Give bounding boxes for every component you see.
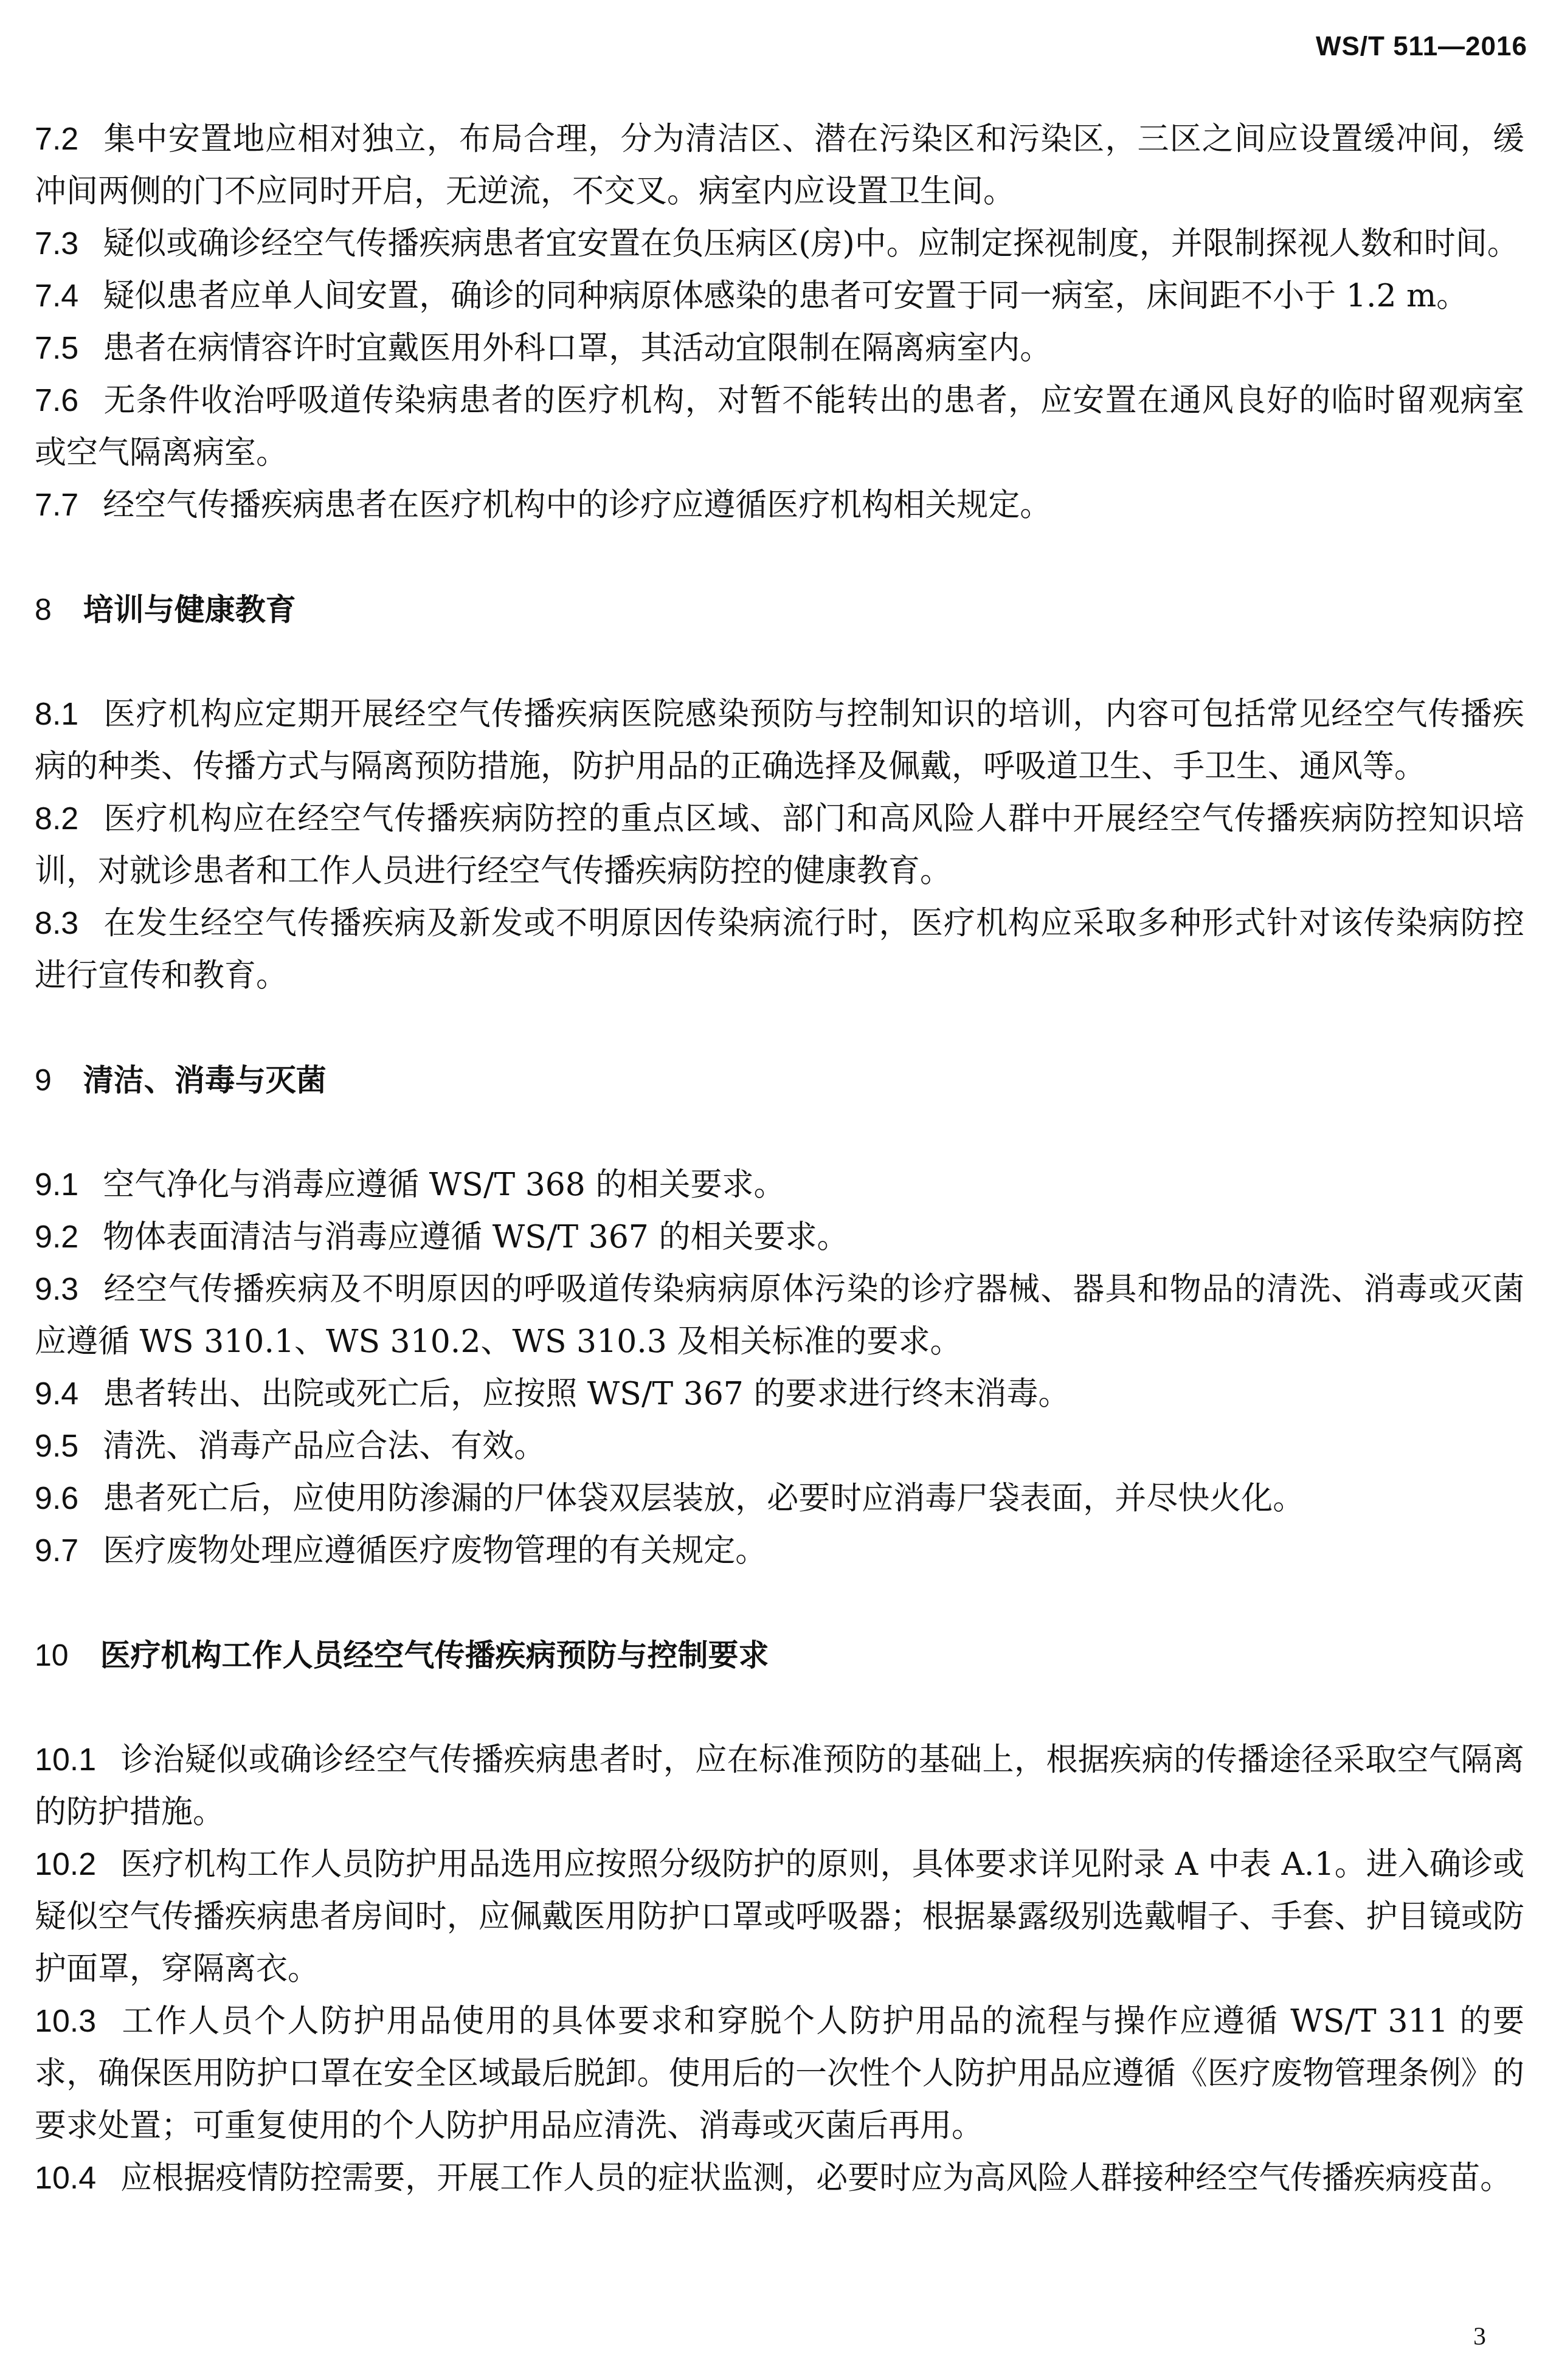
section-8: 8培训与健康教育 8.1医疗机构应定期开展经空气传播疾病医院感染预防与控制知识的… — [35, 584, 1524, 1002]
clause-number: 10.3 — [35, 1995, 96, 2047]
clause-number: 10.1 — [35, 1734, 96, 1786]
clause-text: 应根据疫情防控需要，开展工作人员的症状监测，必要时应为高风险人群接种经空气传播疾… — [120, 2160, 1512, 2196]
clause-number: 9.1 — [35, 1159, 78, 1211]
clause-text: 患者转出、出院或死亡后，应按照 WS/T 367 的要求进行终末消毒。 — [103, 1376, 1070, 1412]
clause-text: 无条件收治呼吸道传染病患者的医疗机构，对暂不能转出的患者，应安置在通风良好的临时… — [35, 382, 1524, 471]
clause-number: 7.6 — [35, 374, 78, 427]
section-title: 医疗机构工作人员经空气传播疾病预防与控制要求 — [100, 1638, 769, 1673]
clause-8-1: 8.1医疗机构应定期开展经空气传播疾病医院感染预防与控制知识的培训，内容可包括常… — [35, 688, 1524, 793]
clause-text: 工作人员个人防护用品使用的具体要求和穿脱个人防护用品的流程与操作应遵循 WS/T… — [35, 2003, 1524, 2144]
clause-text: 清洗、消毒产品应合法、有效。 — [103, 1428, 545, 1464]
clause-7-2: 7.2集中安置地应相对独立，布局合理，分为清洁区、潜在污染区和污染区，三区之间应… — [35, 113, 1524, 218]
clause-7-5: 7.5患者在病情容许时宜戴医用外科口罩，其活动宜限制在隔离病室内。 — [35, 322, 1524, 374]
clause-text: 疑似或确诊经空气传播疾病患者宜安置在负压病区(房)中。应制定探视制度，并限制探视… — [103, 226, 1519, 262]
page-number: 3 — [1473, 2322, 1486, 2351]
clause-number: 7.7 — [35, 479, 78, 531]
clause-number: 9.2 — [35, 1211, 78, 1263]
clause-10-3: 10.3工作人员个人防护用品使用的具体要求和穿脱个人防护用品的流程与操作应遵循 … — [35, 1995, 1524, 2152]
clause-number: 9.6 — [35, 1472, 78, 1525]
clause-9-7: 9.7医疗废物处理应遵循医疗废物管理的有关规定。 — [35, 1525, 1524, 1577]
clause-number: 9.5 — [35, 1420, 78, 1472]
section-number: 10 — [35, 1629, 69, 1682]
clause-9-5: 9.5清洗、消毒产品应合法、有效。 — [35, 1420, 1524, 1472]
clause-text: 疑似患者应单人间安置，确诊的同种病原体感染的患者可安置于同一病室，床间距不小于 … — [103, 278, 1468, 314]
standard-code-header: WS/T 511—2016 — [1316, 32, 1527, 62]
clause-text: 空气净化与消毒应遵循 WS/T 368 的相关要求。 — [103, 1167, 785, 1203]
section-heading: 9清洁、消毒与灭菌 — [35, 1054, 1524, 1106]
section-7-continued: 7.2集中安置地应相对独立，布局合理，分为清洁区、潜在污染区和污染区，三区之间应… — [35, 113, 1524, 531]
clause-7-6: 7.6无条件收治呼吸道传染病患者的医疗机构，对暂不能转出的患者，应安置在通风良好… — [35, 374, 1524, 479]
clause-7-3: 7.3疑似或确诊经空气传播疾病患者宜安置在负压病区(房)中。应制定探视制度，并限… — [35, 218, 1524, 270]
section-heading: 8培训与健康教育 — [35, 584, 1524, 636]
clause-9-1: 9.1空气净化与消毒应遵循 WS/T 368 的相关要求。 — [35, 1159, 1524, 1211]
clause-10-2: 10.2医疗机构工作人员防护用品选用应按照分级防护的原则，具体要求详见附录 A … — [35, 1838, 1524, 1995]
clause-number: 8.3 — [35, 897, 78, 950]
clause-number: 10.2 — [35, 1838, 96, 1891]
section-heading: 10医疗机构工作人员经空气传播疾病预防与控制要求 — [35, 1629, 1524, 1682]
clause-text: 经空气传播疾病患者在医疗机构中的诊疗应遵循医疗机构相关规定。 — [103, 487, 1051, 523]
section-number: 9 — [35, 1054, 52, 1106]
clause-text: 在发生经空气传播疾病及新发或不明原因传染病流行时，医疗机构应采取多种形式针对该传… — [35, 905, 1524, 994]
section-10: 10医疗机构工作人员经空气传播疾病预防与控制要求 10.1诊治疑似或确诊经空气传… — [35, 1629, 1524, 2204]
clause-10-4: 10.4应根据疫情防控需要，开展工作人员的症状监测，必要时应为高风险人群接种经空… — [35, 2152, 1524, 2204]
clause-text: 患者在病情容许时宜戴医用外科口罩，其活动宜限制在隔离病室内。 — [103, 330, 1051, 367]
clause-9-2: 9.2物体表面清洁与消毒应遵循 WS/T 367 的相关要求。 — [35, 1211, 1524, 1263]
clause-7-4: 7.4疑似患者应单人间安置，确诊的同种病原体感染的患者可安置于同一病室，床间距不… — [35, 270, 1524, 322]
clause-number: 7.4 — [35, 270, 78, 322]
section-title: 培训与健康教育 — [83, 592, 296, 627]
clause-number: 10.4 — [35, 2152, 96, 2204]
section-9: 9清洁、消毒与灭菌 9.1空气净化与消毒应遵循 WS/T 368 的相关要求。 … — [35, 1054, 1524, 1577]
clause-number: 9.4 — [35, 1368, 78, 1420]
clause-7-7: 7.7经空气传播疾病患者在医疗机构中的诊疗应遵循医疗机构相关规定。 — [35, 479, 1524, 531]
clause-number: 8.1 — [35, 688, 78, 740]
document-body: 7.2集中安置地应相对独立，布局合理，分为清洁区、潜在污染区和污染区，三区之间应… — [35, 113, 1524, 2204]
clause-number: 7.3 — [35, 218, 78, 270]
clause-number: 9.3 — [35, 1263, 78, 1316]
clause-text: 医疗机构应定期开展经空气传播疾病医院感染预防与控制知识的培训，内容可包括常见经空… — [35, 696, 1524, 785]
clause-text: 医疗机构工作人员防护用品选用应按照分级防护的原则，具体要求详见附录 A 中表 A… — [35, 1846, 1524, 1987]
clause-text: 医疗废物处理应遵循医疗废物管理的有关规定。 — [103, 1533, 767, 1569]
clause-8-2: 8.2医疗机构应在经空气传播疾病防控的重点区域、部门和高风险人群中开展经空气传播… — [35, 793, 1524, 897]
clause-number: 9.7 — [35, 1525, 78, 1577]
clause-9-3: 9.3经空气传播疾病及不明原因的呼吸道传染病病原体污染的诊疗器械、器具和物品的清… — [35, 1263, 1524, 1368]
clause-text: 经空气传播疾病及不明原因的呼吸道传染病病原体污染的诊疗器械、器具和物品的清洗、消… — [35, 1271, 1524, 1360]
clause-text: 集中安置地应相对独立，布局合理，分为清洁区、潜在污染区和污染区，三区之间应设置缓… — [35, 121, 1524, 210]
clause-text: 物体表面清洁与消毒应遵循 WS/T 367 的相关要求。 — [103, 1219, 848, 1255]
clause-number: 7.5 — [35, 322, 78, 374]
clause-text: 医疗机构应在经空气传播疾病防控的重点区域、部门和高风险人群中开展经空气传播疾病防… — [35, 801, 1524, 889]
section-number: 8 — [35, 584, 52, 636]
clause-number: 8.2 — [35, 793, 78, 845]
clause-9-4: 9.4患者转出、出院或死亡后，应按照 WS/T 367 的要求进行终末消毒。 — [35, 1368, 1524, 1420]
section-title: 清洁、消毒与灭菌 — [83, 1063, 327, 1098]
clause-number: 7.2 — [35, 113, 78, 165]
clause-9-6: 9.6患者死亡后，应使用防渗漏的尸体袋双层装放，必要时应消毒尸袋表面，并尽快火化… — [35, 1472, 1524, 1525]
clause-text: 患者死亡后，应使用防渗漏的尸体袋双层装放，必要时应消毒尸袋表面，并尽快火化。 — [103, 1480, 1304, 1517]
clause-text: 诊治疑似或确诊经空气传播疾病患者时，应在标准预防的基础上，根据疾病的传播途径采取… — [35, 1742, 1524, 1830]
clause-10-1: 10.1诊治疑似或确诊经空气传播疾病患者时，应在标准预防的基础上，根据疾病的传播… — [35, 1734, 1524, 1838]
clause-8-3: 8.3在发生经空气传播疾病及新发或不明原因传染病流行时，医疗机构应采取多种形式针… — [35, 897, 1524, 1002]
